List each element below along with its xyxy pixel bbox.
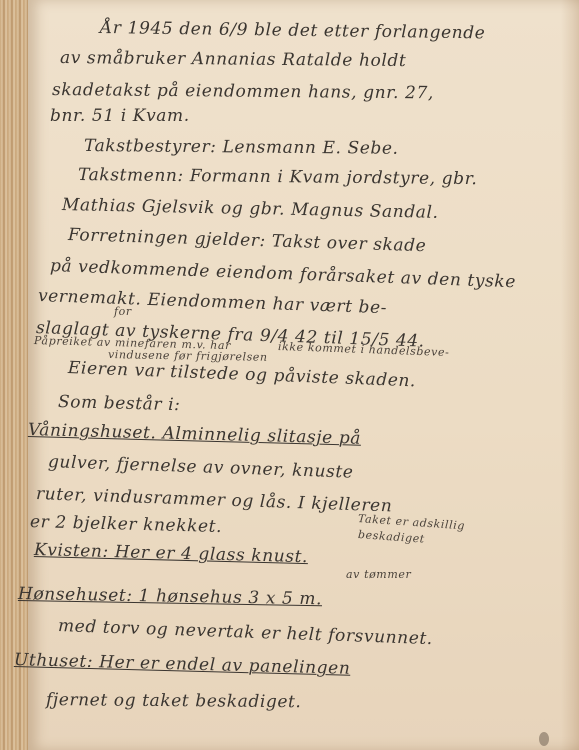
line-6: Takstmenn: Formann i Kvam jordstyre, gbr… [78, 165, 478, 189]
section-kvisten: Kvisten: Her er 4 glass knust. [34, 540, 309, 567]
line-2: av småbruker Annanias Ratalde holdt [60, 48, 407, 71]
line-19: Hønsehuset: 1 hønsehus 3 x 5 m. [18, 584, 322, 609]
line-3: skadetakst på eiendommen hans, gnr. 27, [52, 80, 434, 103]
line-16: ruter, vindusrammer og lås. I kjelleren [36, 484, 393, 516]
line-1: År 1945 den 6/9 ble det etter forlangend… [100, 18, 486, 43]
line-18: Kvisten: Her er 4 glass knust. [34, 540, 309, 567]
ledger-page: År 1945 den 6/9 ble det etter forlangend… [28, 0, 579, 750]
page-stack-edge [0, 0, 28, 750]
line-15: gulver, fjernelse av ovner, knuste [48, 452, 354, 483]
line-20: med torv og nevertak er helt forsvunnet. [58, 616, 434, 649]
line-22: fjernet og taket beskadiget. [46, 690, 302, 712]
line-9: på vedkommende eiendom forårsaket av den… [50, 256, 517, 292]
insert-av-tommer: av tømmer [346, 568, 411, 581]
line-13: Som består i: [58, 392, 181, 415]
line-5: Takstbestyrer: Lensmann E. Sebe. [84, 136, 399, 159]
section-honsehuset: Hønsehuset: 1 hønsehus 3 x 5 m. [18, 584, 322, 609]
finger-smudge [539, 732, 549, 746]
section-uthuset: Uthuset: Her er endel av panelingen [14, 650, 351, 679]
line-2-text: av småbruker Annanias Ratalde holdt [60, 48, 407, 71]
section-vaningshuset: Våningshuset. Alminnelig slitasje på [28, 420, 362, 449]
line-8: Forretningen gjelder: Takst over skade [68, 225, 427, 256]
line-21: Uthuset: Her er endel av panelingen [14, 650, 351, 679]
line-10: vernemakt. Eiendommen har vært be- [38, 286, 388, 318]
line-7: Mathias Gjelsvik og gbr. Magnus Sandal. [62, 195, 439, 223]
insert-taket-note-2: beskadiget [358, 528, 426, 546]
line-14: Våningshuset. Alminnelig slitasje på [28, 420, 362, 449]
line-17: er 2 bjelker knekket. [30, 512, 223, 537]
line-4: bnr. 51 i Kvam. [50, 106, 190, 126]
insert-for: for [114, 305, 132, 318]
